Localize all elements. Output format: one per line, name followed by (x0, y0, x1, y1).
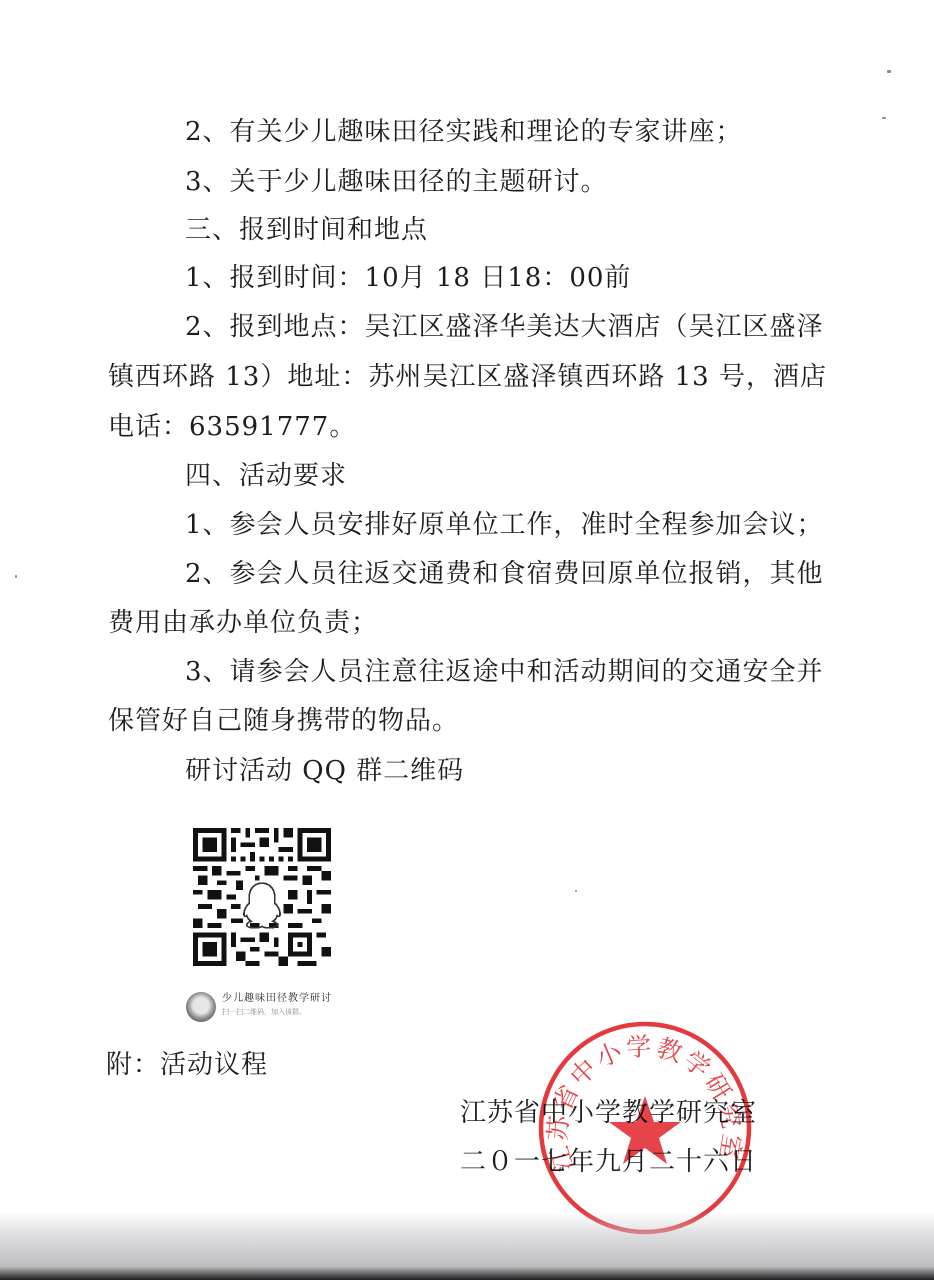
group-name: 少儿趣味田径教学研讨 (222, 993, 332, 1005)
checkin-place-line3: 电话：63591777。 (108, 411, 356, 443)
requirement-2-line1: 2、参会人员往返交通费和食宿费回原单位报销，其他 (185, 558, 824, 590)
issuing-organization: 江苏省中小学教学研究室 (460, 1097, 757, 1129)
group-avatar (186, 992, 216, 1022)
scan-bottom-edge-shadow (0, 1212, 934, 1280)
group-subtitle: 扫一扫二维码，加入该群。 (222, 1008, 306, 1017)
scanned-document-page: 2、有关少儿趣味田径实践和理论的专家讲座； 3、关于少儿趣味田径的主题研讨。 三… (0, 0, 934, 1280)
section-4-heading: 四、活动要求 (185, 460, 347, 492)
qq-penguin-icon (243, 880, 281, 928)
qq-group-qr-code[interactable] (193, 828, 331, 966)
requirement-3-line2: 保管好自己随身携带的物品。 (108, 705, 459, 737)
scan-speck (887, 70, 891, 73)
attachment-note: 附：活动议程 (106, 1049, 268, 1081)
qr-code-icon (193, 828, 331, 966)
checkin-place-line2: 镇西环路 13）地址：苏州吴江区盛泽镇西环路 13 号，酒店 (108, 361, 827, 393)
agenda-item-3: 3、关于少儿趣味田径的主题研讨。 (185, 166, 608, 198)
scan-speck (15, 575, 17, 578)
qq-group-card: 少儿趣味田径教学研讨 扫一扫二维码，加入该群。 (186, 990, 376, 1026)
checkin-time: 1、报到时间：10月 18 日18：00前 (185, 262, 631, 294)
scan-speck (575, 890, 577, 892)
requirement-3-line1: 3、请参会人员注意往返途中和活动期间的交通安全并 (185, 656, 824, 688)
agenda-item-2: 2、有关少儿趣味田径实践和理论的专家讲座； (185, 116, 743, 148)
scan-speck (882, 117, 886, 119)
requirement-1: 1、参会人员安排好原单位工作，准时全程参加会议； (185, 509, 824, 541)
issue-date: 二０一七年九月二十六日 (460, 1146, 757, 1178)
qr-code-label: 研讨活动 QQ 群二维码 (185, 755, 464, 787)
requirement-2-line2: 费用由承办单位负责； (108, 607, 378, 639)
checkin-place-line1: 2、报到地点：吴江区盛泽华美达大酒店（吴江区盛泽 (185, 311, 824, 343)
section-3-heading: 三、报到时间和地点 (185, 214, 428, 246)
